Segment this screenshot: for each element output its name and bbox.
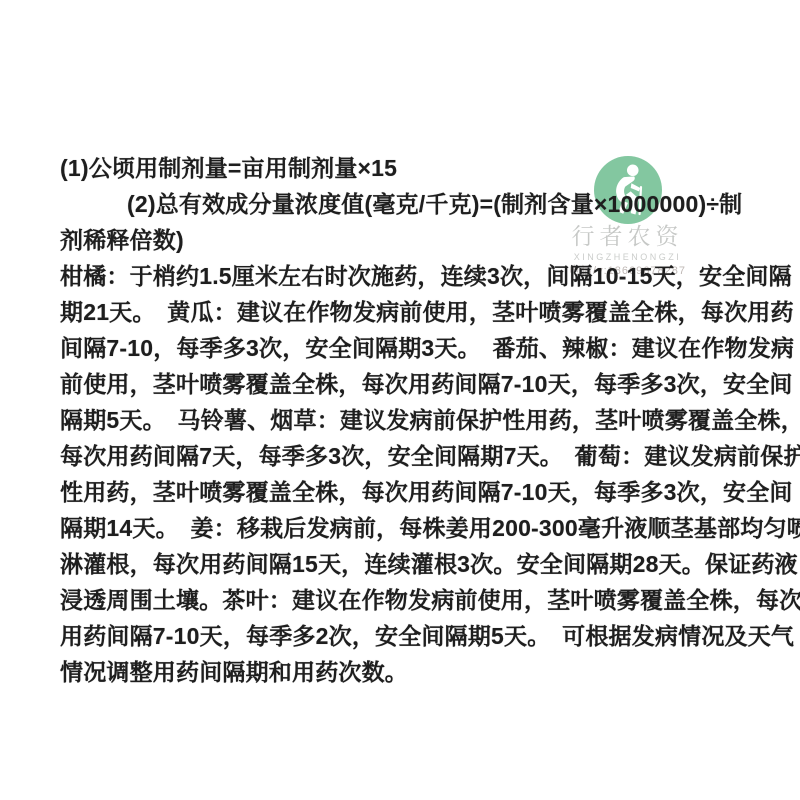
text-line: 间隔7-10，每季多3次，安全间隔期3天。 番茄、辣椒：建议在作物发病: [60, 330, 760, 366]
text-line: 前使用，茎叶喷雾覆盖全株，每次用药间隔7-10天，每季多3次，安全间: [60, 366, 760, 402]
text-line: 期21天。 黄瓜：建议在作物发病前使用，茎叶喷雾覆盖全株，每次用药: [60, 294, 760, 330]
instructions-text: (1)公顷用制剂量=亩用制剂量×15 (2)总有效成分量浓度值(毫克/千克)=(…: [60, 150, 760, 690]
text-line-formula-2b: 剂稀释倍数): [60, 222, 760, 258]
text-line-formula-2: (2)总有效成分量浓度值(毫克/千克)=(制剂含量×1000000)÷制: [60, 186, 760, 222]
text-line: 隔期5天。 马铃薯、烟草：建议发病前保护性用药，茎叶喷雾覆盖全株，: [60, 402, 760, 438]
text-line: 柑橘：于梢约1.5厘米左右时次施药，连续3次，间隔10-15天，安全间隔: [60, 258, 760, 294]
text-line: 浸透周围土壤。茶叶：建议在作物发病前使用，茎叶喷雾覆盖全株，每次: [60, 582, 760, 618]
text-line: 用药间隔7-10天，每季多2次，安全间隔期5天。 可根据发病情况及天气: [60, 618, 760, 654]
text-line: 情况调整用药间隔期和用药次数。: [60, 654, 760, 690]
text-line-formula-1: (1)公顷用制剂量=亩用制剂量×15: [60, 150, 760, 186]
text-line: 每次用药间隔7天，每季多3次，安全间隔期7天。 葡萄：建议发病前保护: [60, 438, 760, 474]
text-line: 淋灌根，每次用药间隔15天，连续灌根3次。安全间隔期28天。保证药液: [60, 546, 760, 582]
text-line: 隔期14天。 姜：移栽后发病前，每株姜用200-300毫升液顺茎基部均匀喷: [60, 510, 760, 546]
text-line: 性用药，茎叶喷雾覆盖全株，每次用药间隔7-10天，每季多3次，安全间: [60, 474, 760, 510]
document-page: 行者农资 XINGZHENONGZI 电话/v:18669678287 (1)公…: [0, 0, 800, 800]
